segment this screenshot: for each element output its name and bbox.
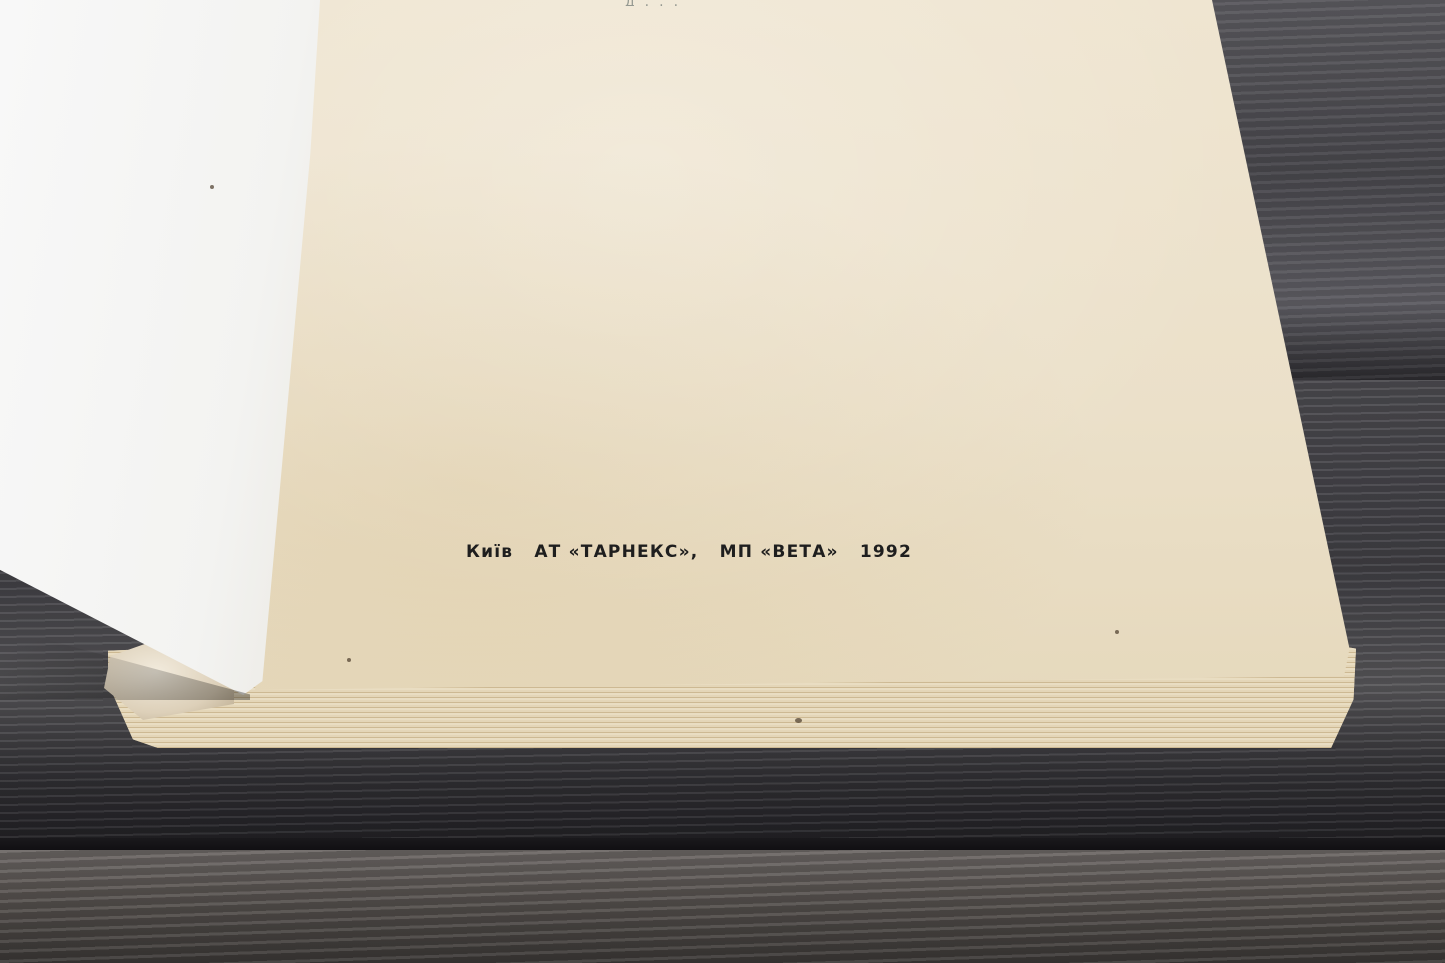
edge-speck [795,718,802,723]
imprint-page [255,0,1355,690]
wood-plank-bottom [0,850,1445,963]
imprint-year: 1992 [860,542,912,562]
imprint-city: Київ [466,542,513,562]
paper-speck [347,658,351,662]
photo-scene: д... Київ АТ «ТАРНЕКС», МП «ВЕТА» 1992 [0,0,1445,963]
paper-speck [210,185,214,189]
imprint-publisher-1: АТ «ТАРНЕКС», [534,542,698,562]
paper-speck [1115,630,1119,634]
imprint-line: Київ АТ «ТАРНЕКС», МП «ВЕТА» 1992 [466,542,926,562]
partial-heading-text: д... [625,0,745,6]
imprint-publisher-2: МП «ВЕТА» [720,542,839,562]
